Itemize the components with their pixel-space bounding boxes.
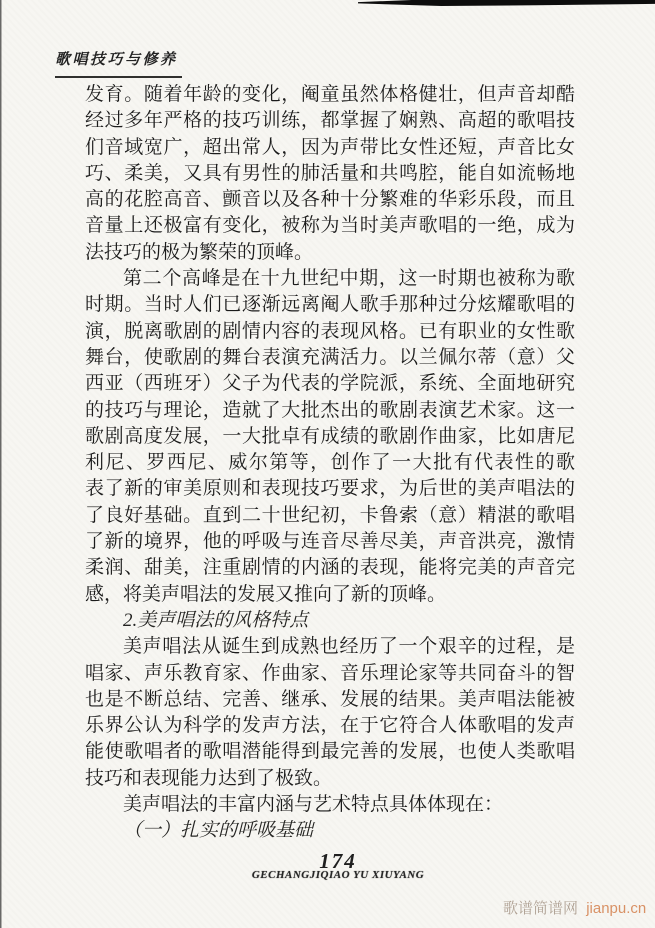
text-line: 舞台，使歌剧的舞台表演充满活力。以兰佩尔蒂（意）父子和加尔 — [85, 345, 575, 371]
text-line: 们音域宽广，超出常人，因为声带比女性还短，声音比女性更灵 — [85, 135, 575, 161]
running-foot-pinyin: GECHANGJIQIAO YU XIUYANG — [238, 869, 438, 881]
scan-edge-left-artifact — [0, 0, 2, 928]
text-line: 西亚（西班牙）父子为代表的学院派，系统、全面地研究美声歌唱 — [85, 371, 575, 397]
body-text-block: 发育。随着年龄的变化，阉童虽然体格健壮，但声音却酷似女声，经过多年严格的技巧训练… — [85, 82, 575, 845]
text-line: 表了新的审美原则和表现技巧要求，为后世的美声唱法的发展奠定 — [85, 476, 575, 502]
text-line: 发育。随着年龄的变化，阉童虽然体格健壮，但声音却酷似女声， — [85, 82, 575, 108]
watermark-site-name: 歌谱简谱网 — [503, 900, 578, 917]
text-line: 歌剧高度发展，一大批卓有成绩的歌剧作曲家，比如唐尼采蒂、贝 — [85, 424, 575, 450]
scanned-book-page: 歌唱技巧与修养 发育。随着年龄的变化，阉童虽然体格健壮，但声音却酷似女声，经过多… — [0, 0, 655, 928]
text-line: 也是不断总结、完善、继承、发展的结果。美声唱法能被世界声 — [85, 687, 575, 713]
text-line: 法技巧的极为繁荣的顶峰。 — [85, 240, 575, 266]
running-head-title: 歌唱技巧与修养 — [55, 48, 182, 78]
text-line: 利尼、罗西尼、威尔第等，创作了一大批有代表性的歌剧。他们代 — [85, 450, 575, 476]
watermark-site-url: jianpu.cn — [586, 900, 646, 917]
text-line: 音量上还极富有变化，被称为当时美声歌唱的一绝，成为美声唱 — [85, 213, 575, 239]
scan-edge-top-artifact — [358, 0, 655, 7]
text-line: 技巧和表现能力达到了极致。 — [85, 766, 575, 792]
text-line: （一）扎实的呼吸基础 — [85, 818, 575, 844]
text-line: 的技巧与理论，造就了大批杰出的歌剧表演艺术家。这一时期欧洲 — [85, 398, 575, 424]
text-line: 2.美声唱法的风格特点 — [85, 608, 575, 634]
text-line: 乐界公认为科学的发声方法，在于它符合人体歌唱的发声规律， — [85, 713, 575, 739]
text-line: 美声唱法从诞生到成熟也经历了一个艰辛的过程，是历代歌 — [85, 634, 575, 660]
text-line: 感，将美声唱法的发展又推向了新的顶峰。 — [85, 582, 575, 608]
text-line: 了新的境界，他的呼吸与连音尽善尽美，声音洪亮，激情奔放而又 — [85, 529, 575, 555]
text-line: 第二个高峰是在十九世纪中期，这一时期也被称为歌剧的改革 — [85, 266, 575, 292]
site-watermark: 歌谱简谱网 jianpu.cn — [503, 897, 646, 918]
text-line: 经过多年严格的技巧训练，都掌握了娴熟、高超的歌唱技巧。他 — [85, 108, 575, 134]
text-line: 柔润、甜美，注重剧情的内涵的表现，能将完美的声音完全融入情 — [85, 555, 575, 581]
text-line: 美声唱法的丰富内涵与艺术特点具体体现在： — [85, 792, 575, 818]
text-line: 能使歌唱者的歌唱潜能得到最完善的发展，也使人类歌唱的声音 — [85, 739, 575, 765]
text-line: 演，脱离歌剧的剧情内容的表现风格。已有职业的女性歌唱家登上 — [85, 319, 575, 345]
text-line: 时期。当时人们已逐渐远离阉人歌手那种过分炫耀歌唱的技巧表 — [85, 292, 575, 318]
text-line: 了良好基础。直到二十世纪初，卡鲁索（意）精湛的歌唱技艺达到 — [85, 503, 575, 529]
text-line: 唱家、声乐教育家、作曲家、音乐理论家等共同奋斗的智慧结晶， — [85, 661, 575, 687]
text-line: 巧、柔美，又具有男性的肺活量和共鸣腔，能自如流畅地演唱超 — [85, 161, 575, 187]
text-line: 高的花腔高音、颤音以及各种十分繁难的华彩乐段，而且音色、 — [85, 187, 575, 213]
